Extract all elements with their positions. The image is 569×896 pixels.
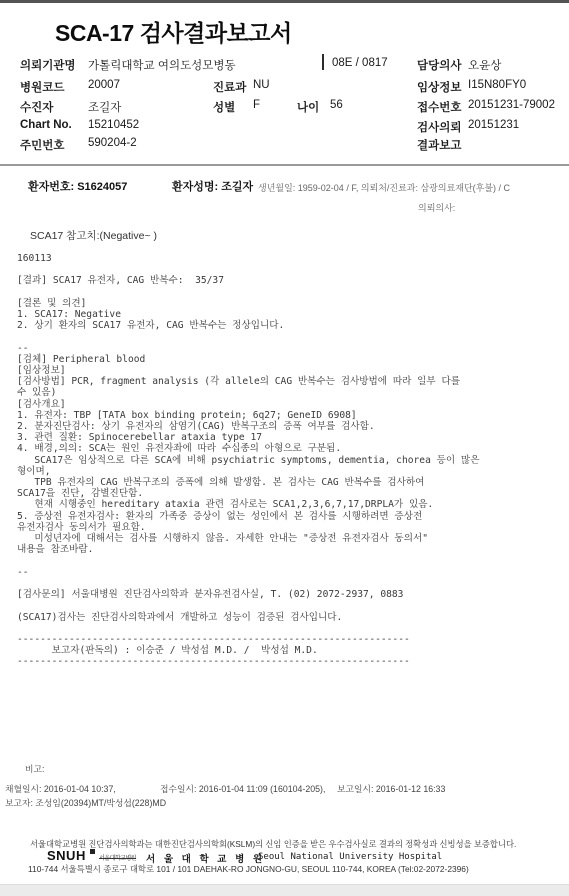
patient-name: 환자성명: 조길자 [172, 178, 253, 194]
text-cursor [322, 54, 324, 70]
clinical-info-value: I15N80FY0 [468, 79, 526, 91]
page-title: SCA-17 검사결과보고서 [55, 15, 292, 48]
age-label: 나이 [297, 99, 319, 115]
report-body: 160113 [결과] SCA17 유전자, CAG 반복수: 35/37 [결… [17, 253, 479, 668]
certification-text: 서울대학교병원 진단검사의학과는 대한진단검사의학회(KSLM)의 신임 인증을… [30, 838, 516, 850]
patient-birth-info: 생년월일: 1959-02-04 / F, 의뢰처/진료과: 삼광의료재단(후불… [258, 181, 510, 194]
section-divider [0, 164, 569, 166]
patient-number: 환자번호: S1624057 [28, 178, 127, 194]
snuh-logo: SNUH [47, 848, 86, 863]
patient-value: 조길자 [88, 99, 121, 115]
sex-value: F [253, 99, 260, 111]
hospital-address: 110-744 서울특별시 종로구 대학로 101 / 101 DAEHAK-R… [28, 863, 469, 875]
chart-no-value: 15210452 [88, 119, 139, 131]
resident-no-value: 590204-2 [88, 137, 137, 149]
clinical-info-label: 임상정보 [417, 79, 461, 95]
reported-at: 보고일시: 2016-01-12 16:33 [337, 782, 445, 795]
order-date-value: 20151231 [468, 119, 519, 131]
hospital-code-value: 20007 [88, 79, 120, 91]
sampled-at: 채혈일시: 2016-01-04 10:37, [5, 782, 116, 795]
ward-room-value: 08E / 0817 [332, 57, 388, 69]
order-date-label: 검사의뢰 [417, 119, 461, 135]
snuh-logo-mark-icon [90, 849, 95, 854]
dept-label: 진료과 [213, 79, 246, 95]
patient-label: 수진자 [20, 99, 53, 115]
request-doctor: 의뢰의사: [418, 201, 455, 214]
snuh-logo-tiny-text: 서울대학교병원 [99, 853, 136, 862]
doctor-value: 오윤상 [468, 57, 501, 73]
receipt-no-label: 접수번호 [417, 99, 461, 115]
sex-label: 성별 [213, 99, 235, 115]
resident-no-label: 주민번호 [20, 137, 64, 153]
chart-no-label: Chart No. [20, 119, 72, 131]
doctor-label: 담당의사 [417, 57, 461, 73]
top-border [0, 0, 569, 3]
dept-value: NU [253, 79, 270, 91]
receipt-no-value: 20151231-79002 [468, 99, 555, 111]
report-date-label: 결과보고 [417, 137, 461, 153]
hospital-name-en: Seoul National University Hospital [258, 852, 442, 862]
request-org-label: 의뢰기관명 [20, 57, 76, 73]
report-page: SCA-17 검사결과보고서 의뢰기관명 가톨릭대학교 여의도성모병동 08E … [0, 0, 569, 896]
request-org-value: 가톨릭대학교 여의도성모병동 [88, 57, 236, 73]
hospital-code-label: 병원코드 [20, 79, 64, 95]
age-value: 56 [330, 99, 343, 111]
reporter: 보고자: 조성임(20394)MT/박성섭(228)MD [5, 796, 166, 809]
received-at: 접수일시: 2016-01-04 11:09 (160104-205), [160, 782, 325, 795]
reference-range: SCA17 참고치:(Negative~ ) [30, 228, 157, 243]
bottom-band [0, 884, 569, 896]
note-label: 비고: [25, 762, 44, 775]
